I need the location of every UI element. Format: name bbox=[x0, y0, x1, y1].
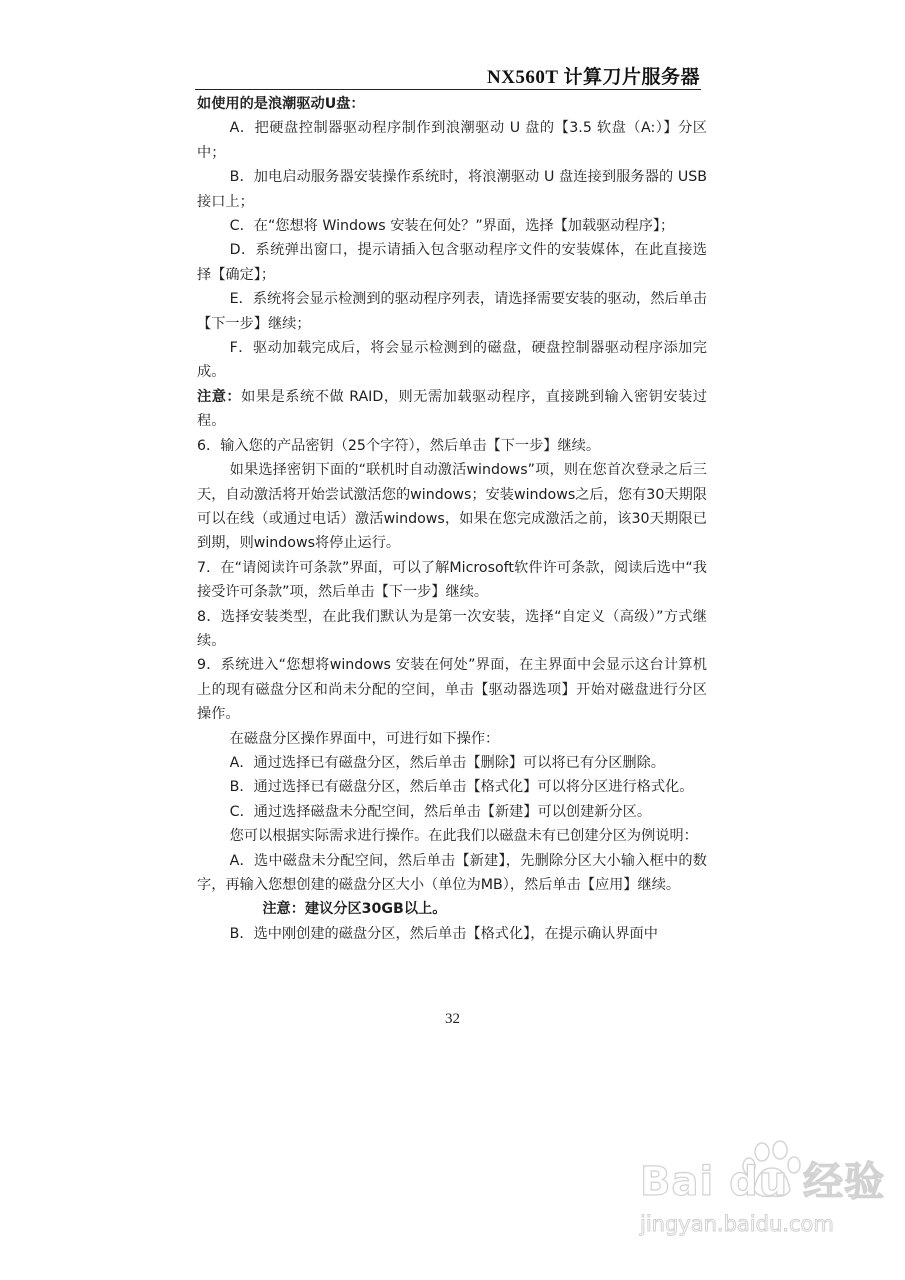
paragraph-example-b: B．选中刚创建的磁盘分区，然后单击【格式化】，在提示确认界面中 bbox=[197, 922, 707, 946]
paragraph-example-a: A．选中磁盘未分配空间，然后单击【新建】，先删除分区大小输入框中的数字，再输入您… bbox=[197, 849, 707, 898]
paragraph-step-f: F．驱动加载完成后，将会显示检测到的磁盘，硬盘控制器驱动程序添加完成。 bbox=[197, 336, 707, 385]
document-page: NX560T 计算刀片服务器 如使用的是浪潮驱动U盘： A．把硬盘控制器驱动程序… bbox=[0, 0, 905, 1280]
paragraph-step-9: 9．系统进入“您想将windows 安装在何处”界面，在主界面中会显示这台计算机… bbox=[197, 653, 707, 726]
paragraph-size-note: 注意：建议分区30GB以上。 bbox=[197, 897, 707, 921]
watermark-url: jingyan.baidu.com bbox=[640, 1212, 834, 1236]
header-title: NX560T 计算刀片服务器 bbox=[487, 62, 700, 89]
baidu-watermark: Bai du 经验 jingyan.baidu.com bbox=[640, 1150, 880, 1260]
paragraph-partition-new: C．通过选择磁盘未分配空间，然后单击【新建】可以创建新分区。 bbox=[197, 800, 707, 824]
note-label: 注意： bbox=[197, 389, 241, 405]
page-number: 32 bbox=[0, 1011, 905, 1028]
paragraph-step-b: B．加电启动服务器安装操作系统时，将浪潮驱动 U 盘连接到服务器的 USB 接口… bbox=[197, 165, 707, 214]
paragraph-step-a: A．把硬盘控制器驱动程序制作到浪潮驱动 U 盘的【3.5 软盘（A:）】分区中； bbox=[197, 116, 707, 165]
note-text: 如果是系统不做 RAID，则无需加载驱动程序，直接跳到输入密钥安装过程。 bbox=[197, 389, 707, 429]
paragraph-step-c: C．在“您想将 Windows 安装在何处？”界面，选择【加载驱动程序】； bbox=[197, 214, 707, 238]
paragraph-step-e: E．系统将会显示检测到的驱动程序列表，请选择需要安装的驱动，然后单击【下一步】继… bbox=[197, 287, 707, 336]
paragraph-step-d: D．系统弹出窗口，提示请插入包含驱动程序文件的安装媒体，在此直接选择【确定】； bbox=[197, 238, 707, 287]
header-divider bbox=[195, 89, 701, 90]
paragraph-partition-format: B．通过选择已有磁盘分区，然后单击【格式化】可以将分区进行格式化。 bbox=[197, 775, 707, 799]
paragraph-activation: 如果选择密钥下面的“联机时自动激活windows”项，则在您首次登录之后三天，自… bbox=[197, 458, 707, 556]
paragraph-step-8: 8．选择安装类型，在此我们默认为是第一次安装，选择“自定义（高级）”方式继续。 bbox=[197, 605, 707, 654]
paragraph-step-6: 6．输入您的产品密钥（25个字符），然后单击【下一步】继续。 bbox=[197, 434, 707, 458]
paragraph-usb-heading: 如使用的是浪潮驱动U盘： bbox=[197, 92, 707, 116]
watermark-logo: Bai du 经验 bbox=[640, 1150, 885, 1207]
paragraph-partition-intro: 在磁盘分区操作界面中，可进行如下操作： bbox=[197, 727, 707, 751]
paragraph-raid-note: 注意：如果是系统不做 RAID，则无需加载驱动程序，直接跳到输入密钥安装过程。 bbox=[197, 385, 707, 434]
paragraph-partition-delete: A．通过选择已有磁盘分区，然后单击【删除】可以将已有分区删除。 bbox=[197, 751, 707, 775]
body-text: 如使用的是浪潮驱动U盘： A．把硬盘控制器驱动程序制作到浪潮驱动 U 盘的【3.… bbox=[197, 92, 707, 946]
paragraph-example-intro: 您可以根据实际需求进行操作。在此我们以磁盘未有已创建分区为例说明： bbox=[197, 824, 707, 848]
paragraph-step-7: 7．在“请阅读许可条款”界面，可以了解Microsoft软件许可条款，阅读后选中… bbox=[197, 556, 707, 605]
